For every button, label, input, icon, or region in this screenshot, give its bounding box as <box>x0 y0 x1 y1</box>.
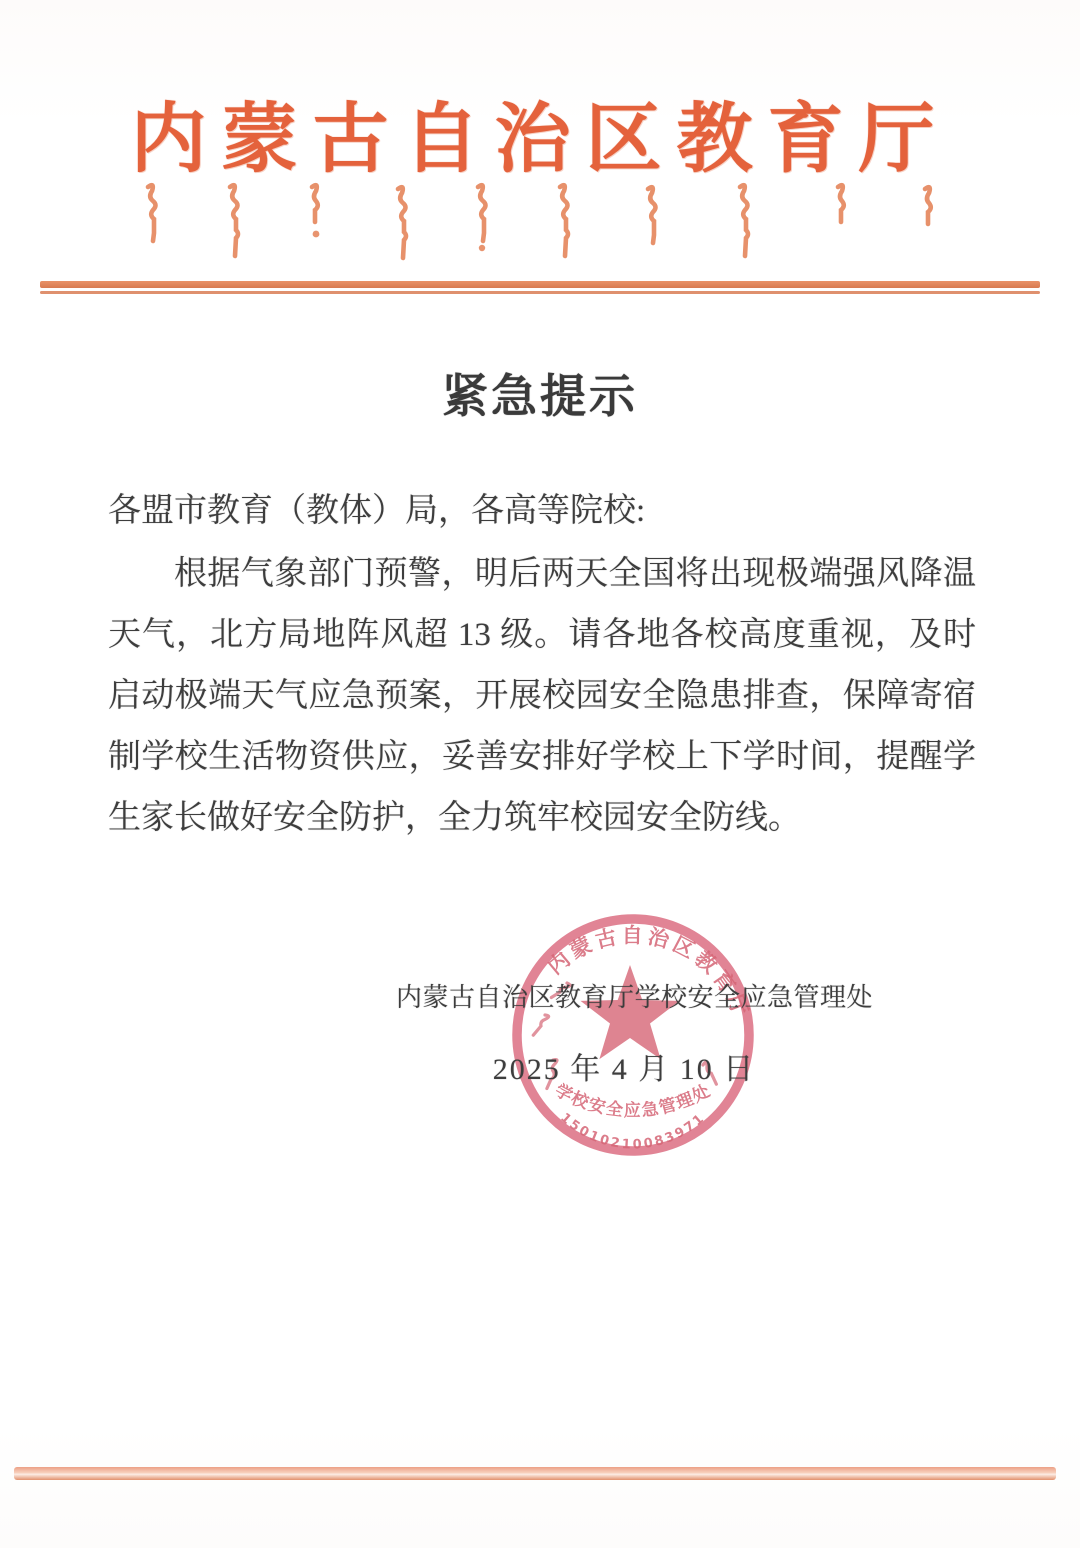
signature-block: 内蒙古自治区教育厅学校安全应急管理处 2025 年 4 月 10 日 <box>396 977 852 1088</box>
salutation: 各盟市教育（教体）局，各高等院校: <box>108 484 980 531</box>
mongolian-script-row <box>70 182 1010 266</box>
document-page: 内蒙古自治区教育厅 紧急提示 各盟市教育（教体）局，各高等院校: 根 <box>0 0 1080 1548</box>
letterhead-divider <box>40 281 1040 294</box>
notice-paragraph: 根据气象部门预警，明后两天全国将出现极端强风降温天气，北方局地阵风超 13 级。… <box>108 544 976 849</box>
signature-department: 内蒙古自治区教育厅学校安全应急管理处 <box>396 977 852 1014</box>
signature-date: 2025 年 4 月 10 日 <box>396 1044 852 1088</box>
letterhead-title: 内蒙古自治区教育厅 <box>0 78 1080 187</box>
notice-title: 紧急提示 <box>0 360 1080 426</box>
footer-divider <box>14 1467 1056 1480</box>
